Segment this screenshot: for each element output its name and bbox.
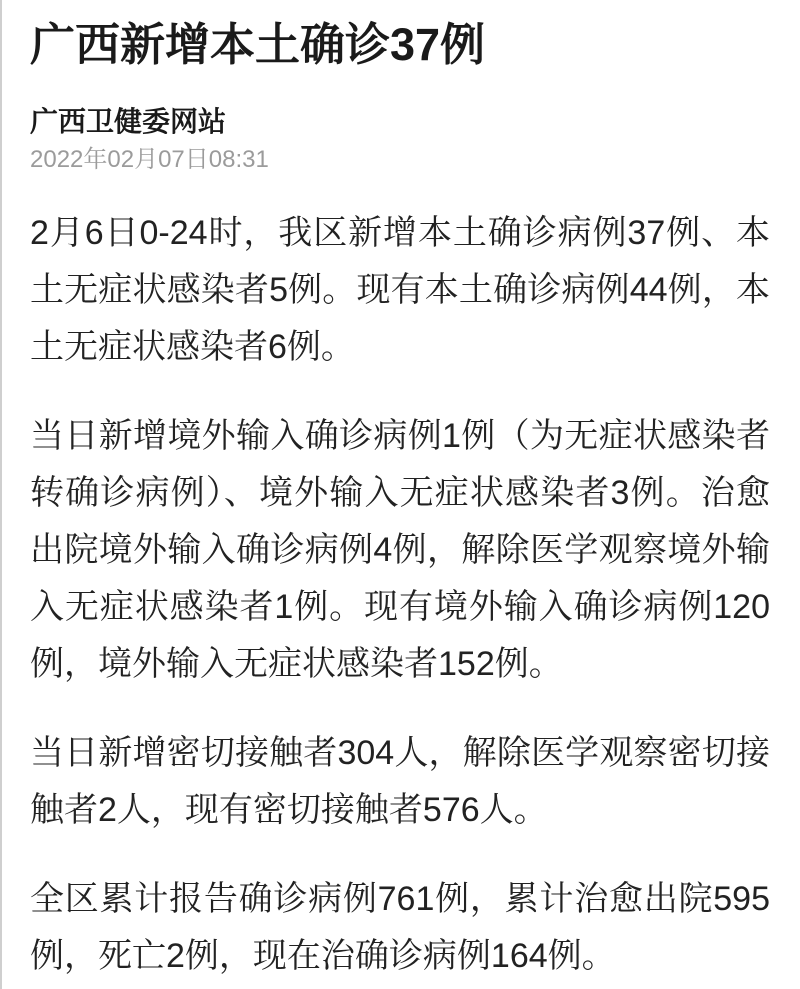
- article-body: 2月6日0-24时，我区新增本土确诊病例37例、本土无症状感染者5例。现有本土确…: [30, 205, 770, 985]
- article-paragraph-2: 当日新增境外输入确诊病例1例（为无症状感染者转确诊病例）、境外输入无症状感染者3…: [30, 408, 770, 693]
- article-paragraph-4: 全区累计报告确诊病例761例，累计治愈出院595例，死亡2例，现在治确诊病例16…: [30, 871, 770, 985]
- article-paragraph-3: 当日新增密切接触者304人，解除医学观察密切接触者2人，现有密切接触者576人。: [30, 725, 770, 839]
- screenshot-left-edge: [0, 0, 2, 989]
- article-page: 广西新增本土确诊37例 广西卫健委网站 2022年02月07日08:31 2月6…: [0, 18, 800, 985]
- article-source-name: 广西卫健委网站: [30, 105, 770, 139]
- article-paragraph-1: 2月6日0-24时，我区新增本土确诊病例37例、本土无症状感染者5例。现有本土确…: [30, 205, 770, 376]
- article-title: 广西新增本土确诊37例: [30, 18, 770, 73]
- article-publish-datetime: 2022年02月07日08:31: [30, 146, 770, 175]
